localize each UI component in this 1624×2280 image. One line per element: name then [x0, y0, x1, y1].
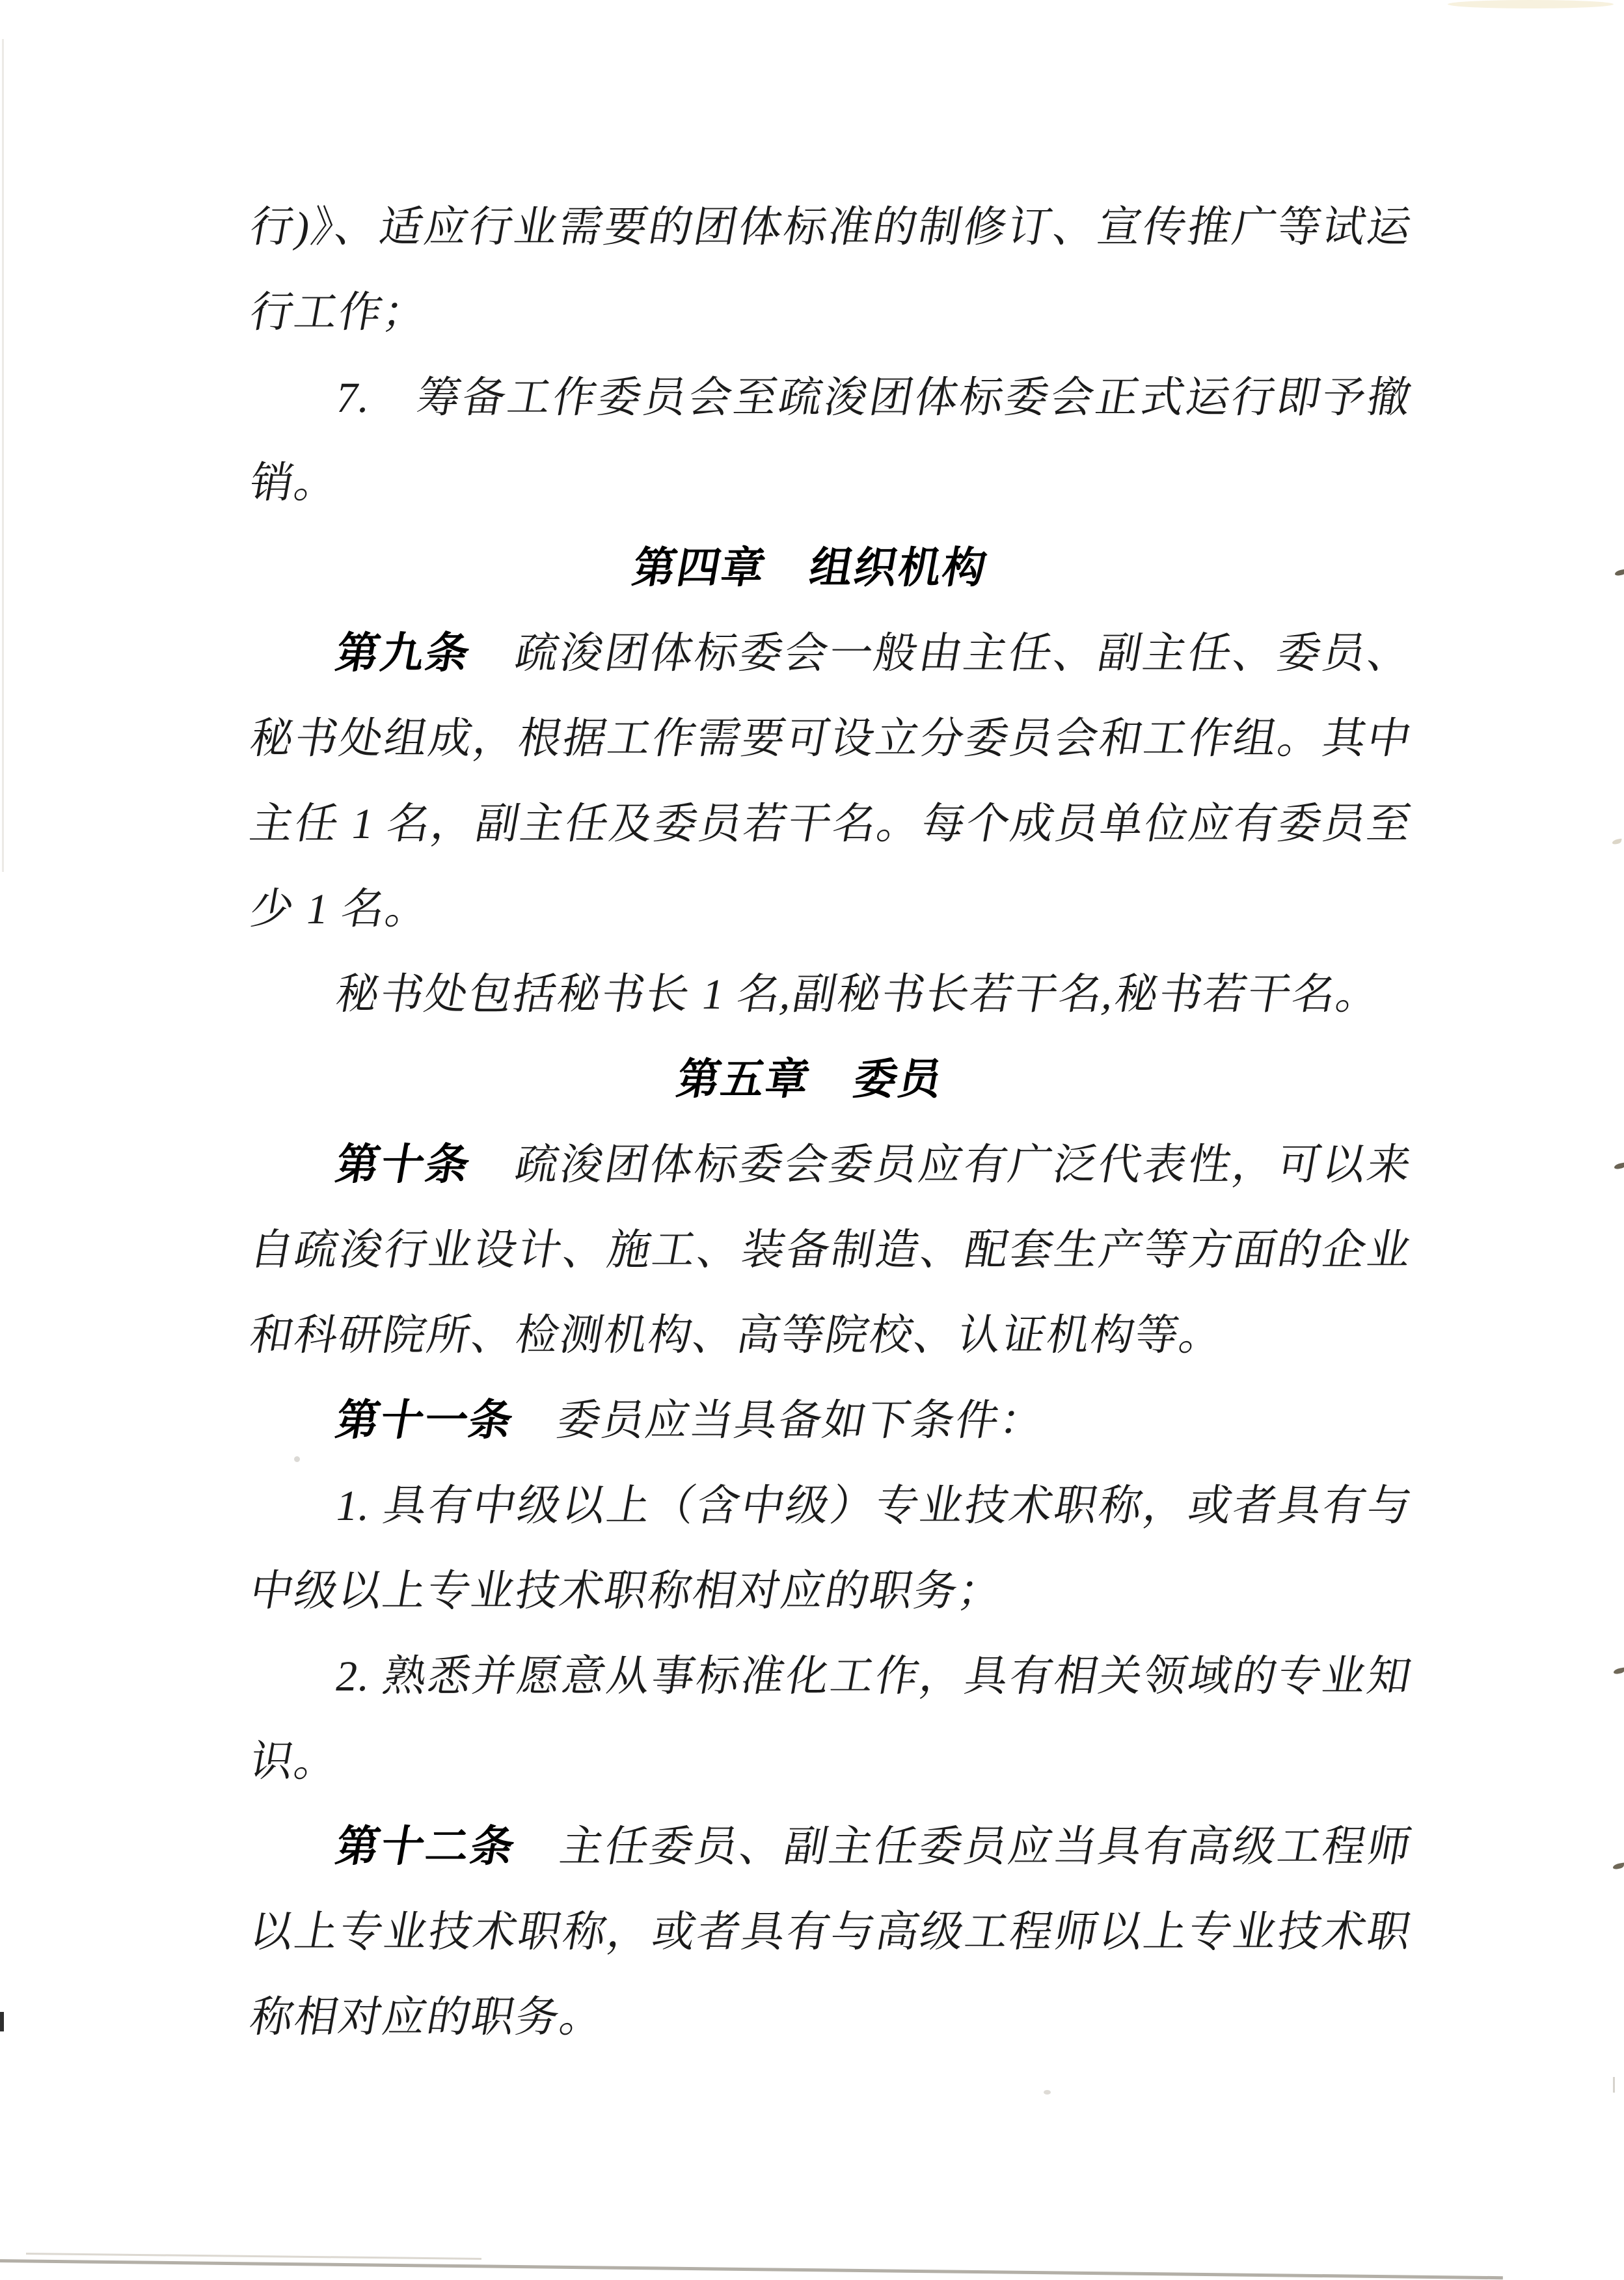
- scan-dot: [1044, 2090, 1051, 2095]
- scan-streak: [2, 39, 4, 872]
- text-segment: 自疏浚行业设计、施工、装备制造、配套生产等方面的企业: [247, 1227, 1416, 1274]
- text-segment: 7. 筹备工作委员会至疏浚团体标委会正式运行即予撤: [332, 374, 1416, 422]
- text-line: 第十条 疏浚团体标委会委员应有广泛代表性，可以来: [243, 1122, 1419, 1208]
- text-line: 和科研院所、检测机构、高等院校、认证机构等。: [243, 1293, 1419, 1378]
- text-line: 2. 熟悉并愿意从事标准化工作，具有相关领域的专业知: [243, 1634, 1419, 1719]
- text-line: 7. 筹备工作委员会至疏浚团体标委会正式运行即予撤: [243, 355, 1419, 441]
- text-segment: 行)》、适应行业需要的团体标准的制修订、宣传推广等试运: [247, 204, 1416, 251]
- text-segment: 疏浚团体标委会委员应有广泛代表性，可以来: [467, 1141, 1416, 1189]
- text-line: 称相对应的职务。: [243, 1975, 1419, 2060]
- scan-speck: [1614, 569, 1624, 576]
- text-line: 识。: [243, 1719, 1419, 1804]
- text-segment: 疏浚团体标委会一般由主任、副主任、委员、: [467, 630, 1416, 677]
- scan-dash: [1613, 2077, 1615, 2093]
- text-segment: 秘书处包括秘书长 1 名,副秘书长若干名,秘书若干名。: [332, 971, 1385, 1018]
- text-segment: 行工作；: [247, 289, 432, 336]
- article-number-label: 第九条: [332, 630, 476, 677]
- text-segment: 中级以上专业技术职称相对应的职务；: [247, 1567, 1007, 1615]
- text-segment: 识。: [247, 1738, 344, 1785]
- text-line: 第九条 疏浚团体标委会一般由主任、副主任、委员、: [243, 611, 1419, 696]
- text-line: 第十一条 委员应当具备如下条件：: [243, 1378, 1419, 1463]
- scan-speck: [1612, 1862, 1624, 1869]
- scan-smudge: [1448, 0, 1614, 8]
- text-segment: 主任委员、副主任委员应当具有高级工程师: [511, 1823, 1416, 1871]
- text-line: 行)》、适应行业需要的团体标准的制修订、宣传推广等试运: [243, 185, 1419, 270]
- text-line: 1. 具有中级以上（含中级）专业技术职称，或者具有与: [243, 1463, 1419, 1549]
- chapter-heading: 第五章 委员: [243, 1037, 1419, 1122]
- text-line: 主任 1 名，副主任及委员若干名。每个成员单位应有委员至: [243, 781, 1419, 867]
- article-number-label: 第五章 委员: [673, 1056, 947, 1104]
- text-line: 中级以上专业技术职称相对应的职务；: [243, 1549, 1419, 1634]
- text-line: 秘书处包括秘书长 1 名,副秘书长若干名,秘书若干名。: [243, 952, 1419, 1037]
- text-segment: 销。: [247, 459, 344, 507]
- text-line: 以上专业技术职称，或者具有与高级工程师以上专业技术职: [243, 1890, 1419, 1975]
- scan-edge-mark: [0, 2012, 4, 2031]
- text-line: 销。: [243, 441, 1419, 526]
- text-line: 少 1 名。: [243, 867, 1419, 952]
- article-number-label: 第十条: [332, 1141, 476, 1189]
- text-line: 秘书处组成，根据工作需要可设立分委员会和工作组。其中: [243, 696, 1419, 781]
- scan-speck: [1612, 839, 1622, 845]
- text-segment: 称相对应的职务。: [247, 1994, 609, 2041]
- article-number-label: 第四章 组织机构: [629, 545, 992, 592]
- text-segment: 秘书处组成，根据工作需要可设立分委员会和工作组。其中: [247, 715, 1416, 763]
- article-number-label: 第十一条: [332, 1397, 518, 1445]
- text-segment: 少 1 名。: [247, 886, 435, 933]
- scanned-document-page: 行)》、适应行业需要的团体标准的制修订、宣传推广等试运行工作；7. 筹备工作委员…: [0, 0, 1624, 2280]
- paper-edge-line: [0, 2259, 1503, 2279]
- text-segment: 和科研院所、检测机构、高等院校、认证机构等。: [247, 1312, 1228, 1359]
- scan-speck: [1614, 1162, 1624, 1169]
- text-segment: 2. 熟悉并愿意从事标准化工作，具有相关领域的专业知: [332, 1653, 1416, 1700]
- scan-speck: [1613, 1667, 1624, 1674]
- article-number-label: 第十二条: [332, 1823, 521, 1871]
- chapter-heading: 第四章 组织机构: [243, 526, 1419, 611]
- text-segment: 1. 具有中级以上（含中级）专业技术职称，或者具有与: [332, 1482, 1416, 1530]
- text-line: 行工作；: [243, 270, 1419, 355]
- paper-edge-line: [26, 2253, 481, 2260]
- text-segment: 委员应当具备如下条件：: [509, 1397, 1049, 1445]
- text-line: 第十二条 主任委员、副主任委员应当具有高级工程师: [243, 1804, 1419, 1890]
- text-segment: 主任 1 名，副主任及委员若干名。每个成员单位应有委员至: [247, 800, 1416, 848]
- document-text-block: 行)》、适应行业需要的团体标准的制修订、宣传推广等试运行工作；7. 筹备工作委员…: [250, 185, 1412, 2060]
- text-line: 自疏浚行业设计、施工、装备制造、配套生产等方面的企业: [243, 1208, 1419, 1293]
- scan-dot: [294, 1456, 300, 1462]
- text-segment: 以上专业技术职称，或者具有与高级工程师以上专业技术职: [247, 1908, 1416, 1956]
